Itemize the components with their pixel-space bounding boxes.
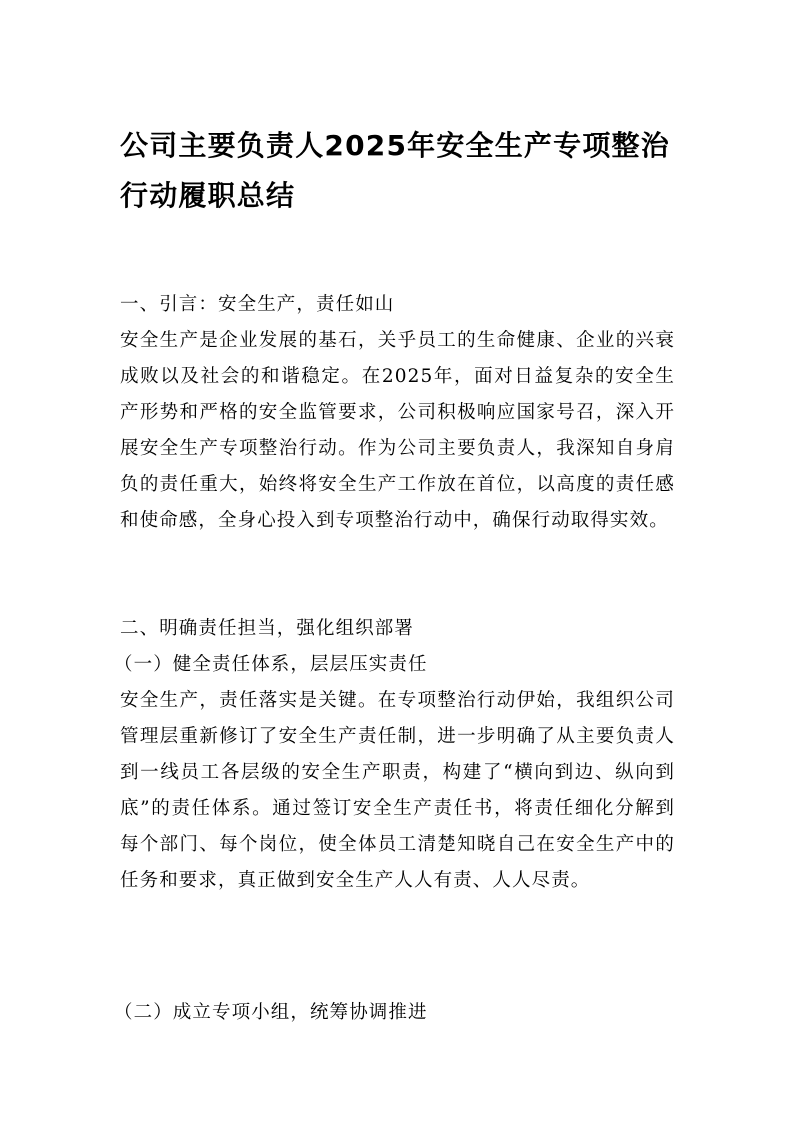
paragraph-responsibility-system: 安全生产，责任落实是关键。在专项整治行动伊始，我组织公司管理层重新修订了安全生产… — [120, 683, 675, 899]
paragraph-intro: 安全生产是企业发展的基石，关乎员工的生命健康、企业的兴衰成败以及社会的和谐稳定。… — [120, 323, 675, 539]
section-heading-intro: 一、引言：安全生产，责任如山 — [120, 287, 675, 323]
document-title: 公司主要负责人2025年安全生产专项整治行动履职总结 — [120, 121, 680, 221]
section-heading-responsibility: 二、明确责任担当，强化组织部署 — [120, 611, 675, 647]
subsection-heading-2: （二）成立专项小组，统筹协调推进 — [114, 995, 669, 1031]
subsection-heading-1: （一）健全责任体系，层层压实责任 — [114, 647, 669, 683]
